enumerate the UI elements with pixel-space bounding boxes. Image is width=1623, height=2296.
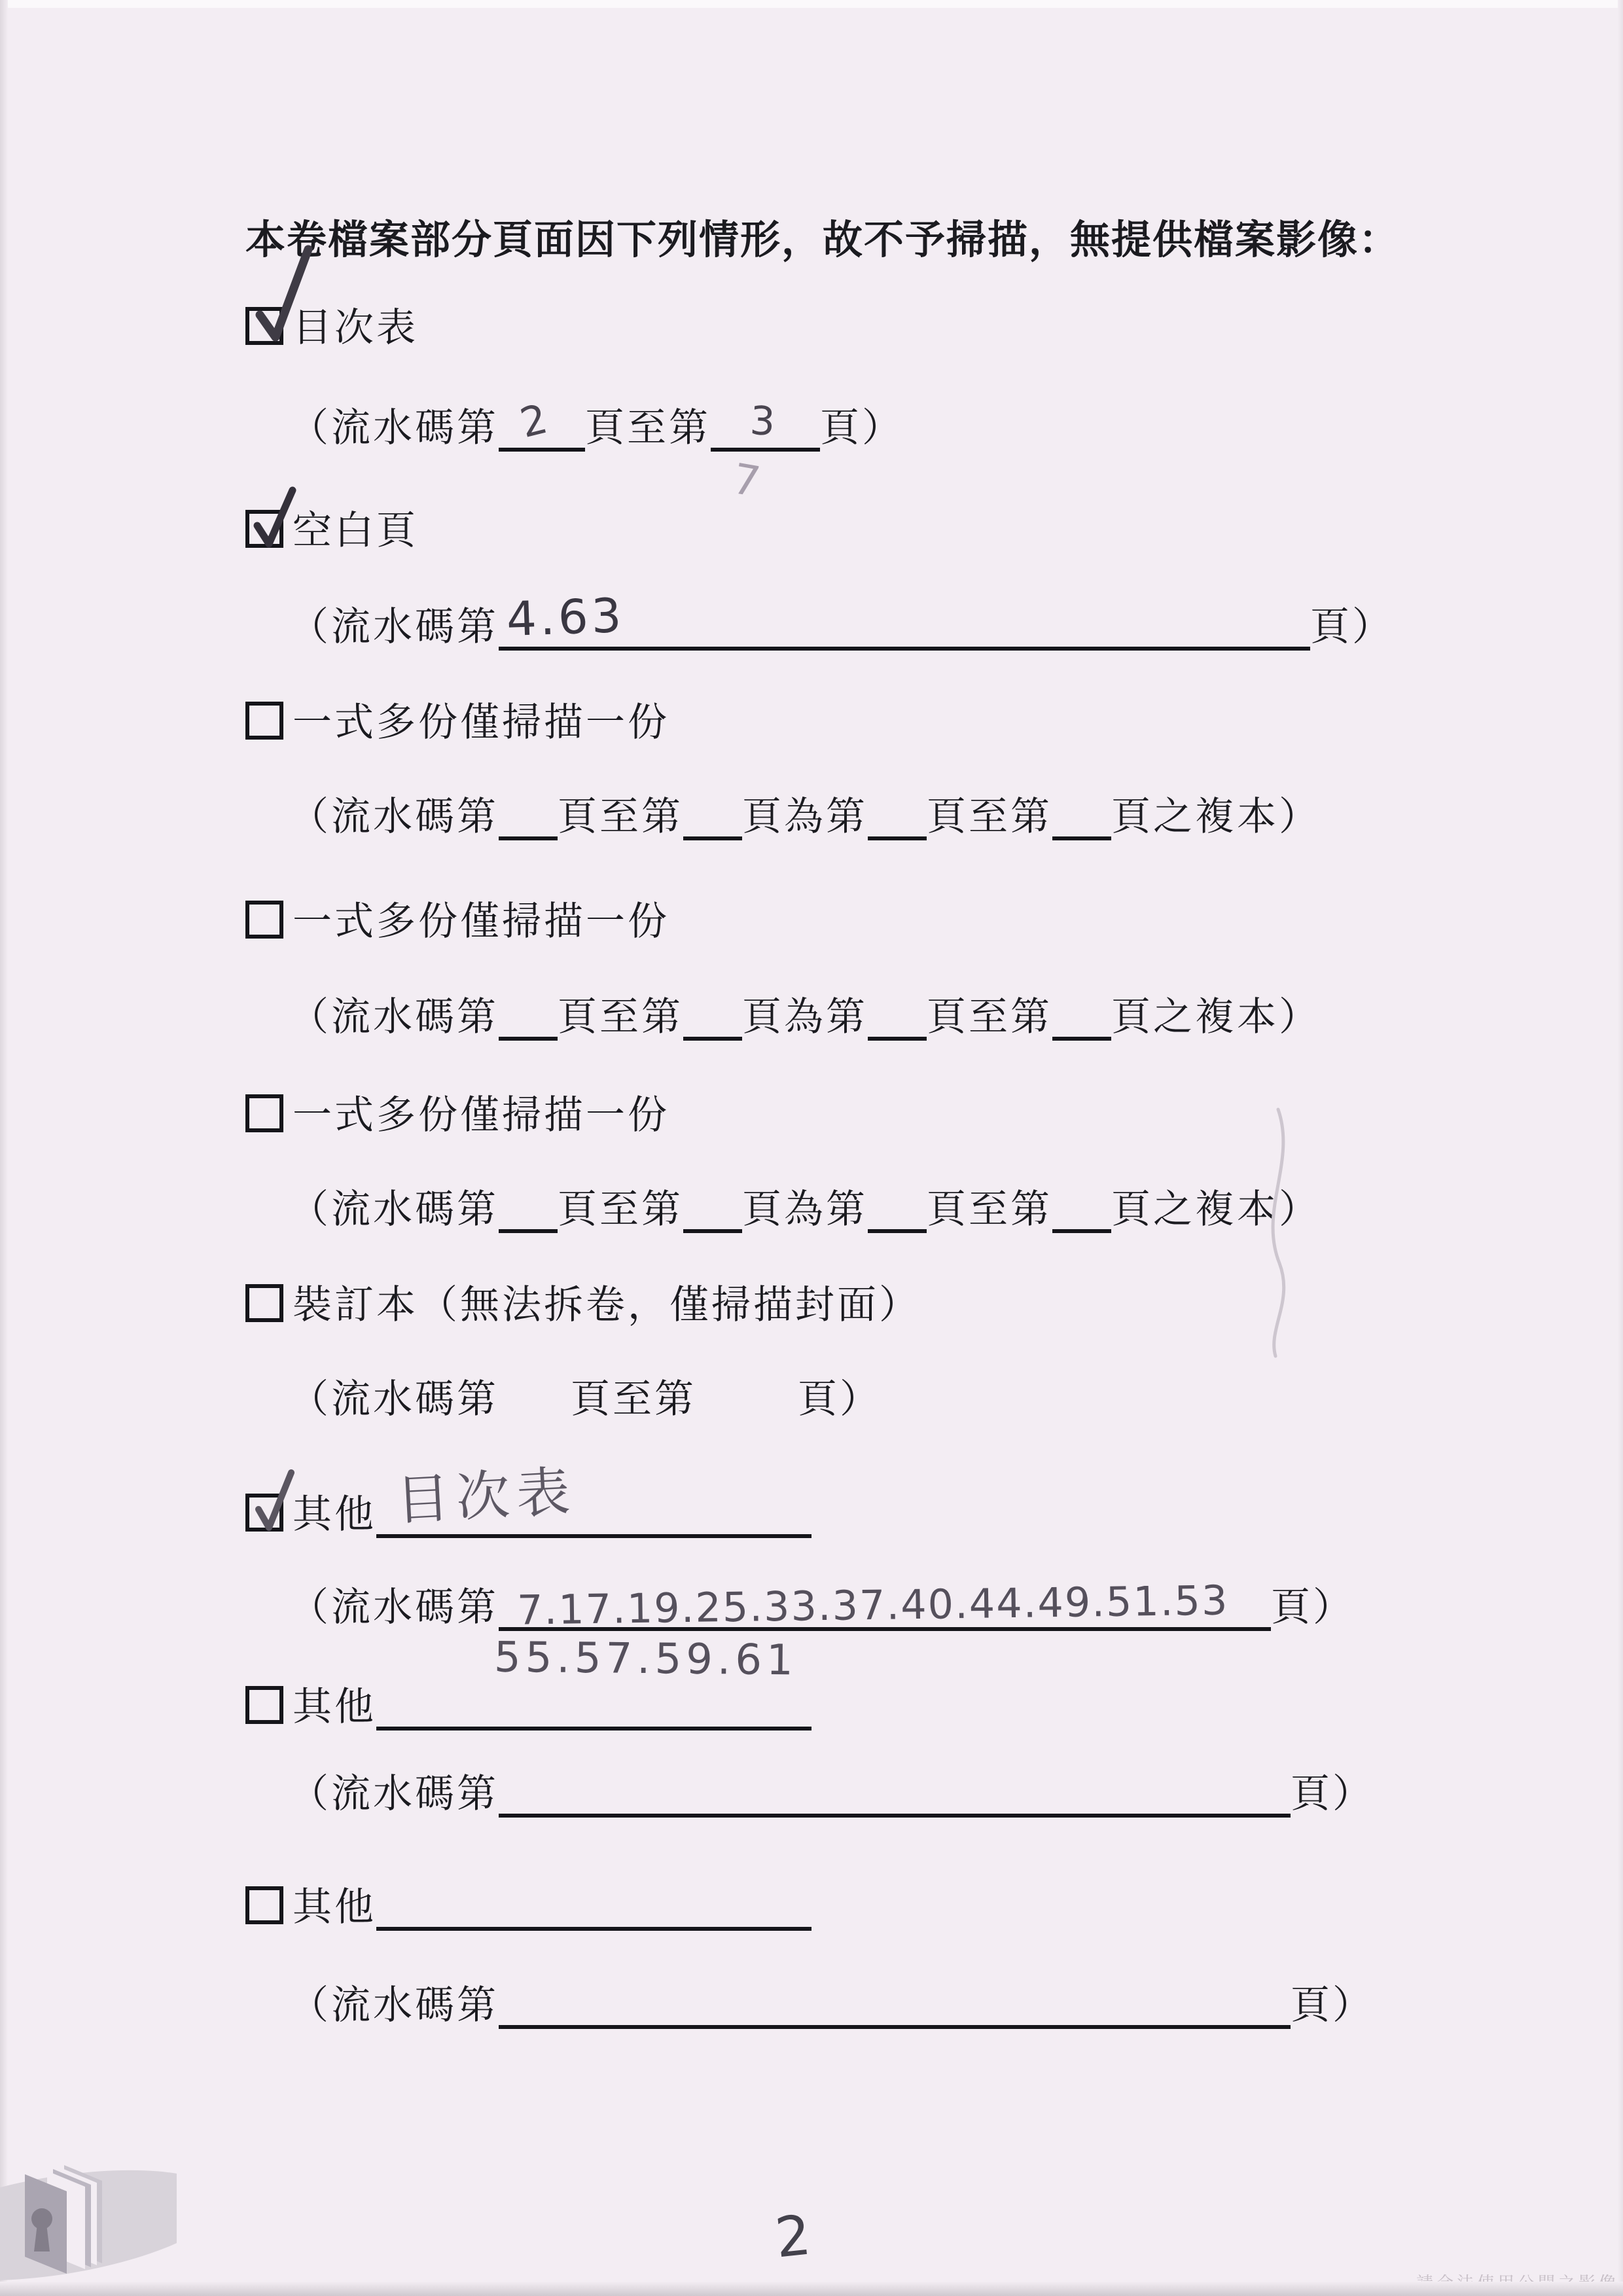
archives-books-keyhole-logo-icon (0, 2153, 177, 2284)
item-other3-serial: （流水碼第頁） (289, 1982, 1374, 2029)
serial-blank: 7.17.19.25.33.37.40.44.49.51.53 (499, 1592, 1271, 1631)
item-other2-serial: （流水碼第頁） (289, 1770, 1374, 1818)
serial-mid: 頁至第 (927, 994, 1052, 1040)
item-label: 一式多份僅掃描一份 (293, 899, 669, 944)
checkbox-blank-page (245, 510, 283, 548)
serial-prefix: （流水碼第 (289, 405, 499, 451)
checkbox-duplicate2 (245, 901, 283, 939)
stray-pencil-mark: 7 (729, 455, 764, 507)
serial-space (499, 1406, 571, 1412)
item-duplicate1-row: 一式多份僅掃描一份 (245, 699, 669, 746)
item-label: 一式多份僅掃描一份 (293, 700, 669, 745)
scan-edge-top (0, 0, 1623, 8)
handwritten-other-text: 目次表 (395, 1460, 579, 1534)
serial-blank (683, 1001, 742, 1041)
serial-suffix: 頁之複本） (1111, 794, 1321, 840)
serial-suffix: 頁） (1271, 1585, 1355, 1630)
item-blankpage-serial: （流水碼第4.63頁） (289, 603, 1394, 651)
serial-prefix: （流水碼第 (289, 794, 499, 840)
serial-mid: 頁至第 (558, 794, 683, 840)
serial-suffix: 頁） (798, 1376, 882, 1422)
serial-blank (1052, 1194, 1111, 1233)
checkbox-other1 (245, 1494, 283, 1532)
item-duplicate2-row: 一式多份僅掃描一份 (245, 898, 669, 945)
item-other3-row: 其他 (245, 1884, 811, 1931)
scanned-form-page: 本卷檔案部分頁面因下列情形，故不予掃描，無提供檔案影像： 目次表 （流水碼第2頁… (0, 0, 1623, 2296)
other-text-blank: 目次表 (376, 1499, 811, 1538)
serial-suffix: 頁） (820, 405, 904, 451)
check-mark-icon (240, 238, 325, 355)
serial-blank (683, 801, 742, 840)
item-toc-row: 目次表 (245, 304, 418, 351)
serial-mid: 頁至第 (571, 1376, 696, 1422)
checkbox-toc (245, 307, 283, 345)
item-bound-serial: （流水碼第頁至第頁） (289, 1376, 882, 1423)
serial-prefix: （流水碼第 (289, 1585, 499, 1630)
serial-blank-to: 3 (711, 412, 820, 452)
serial-suffix: 頁） (1291, 1982, 1374, 2028)
serial-mid: 頁至第 (585, 405, 711, 451)
item-other1-serial: （流水碼第7.17.19.25.33.37.40.44.49.51.53頁） (289, 1584, 1355, 1631)
checkbox-duplicate3 (245, 1094, 283, 1132)
item-label: 其他 (293, 1884, 376, 1930)
item-label: 一式多份僅掃描一份 (293, 1092, 669, 1138)
serial-blank (868, 1001, 927, 1041)
serial-suffix: 頁） (1291, 1771, 1374, 1817)
handwritten-pages: 4.63 (506, 586, 626, 647)
form-title: 本卷檔案部分頁面因下列情形，故不予掃描，無提供檔案影像： (245, 216, 1400, 264)
serial-blank (499, 1778, 1291, 1818)
scan-edge-bottom (0, 2282, 1623, 2296)
serial-blank (868, 1194, 927, 1233)
handwritten-page-number: 2 (772, 2202, 813, 2270)
item-toc-serial: （流水碼第2頁至第3頁） (289, 404, 904, 452)
checkbox-other2 (245, 1686, 283, 1724)
item-blankpage-row: 空白頁 (245, 507, 418, 554)
other-text-blank (376, 1892, 811, 1931)
item-other1-row: 其他目次表 (245, 1491, 811, 1538)
item-bound-row: 裝訂本（無法拆卷，僅掃描封面） (245, 1282, 921, 1329)
serial-suffix: 頁） (1310, 604, 1394, 650)
serial-prefix: （流水碼第 (289, 1771, 499, 1817)
serial-suffix: 頁之複本） (1111, 994, 1321, 1040)
serial-mid: 頁為第 (742, 1187, 868, 1232)
serial-blank (683, 1194, 742, 1233)
stray-pencil-squiggle (1253, 1106, 1306, 1361)
item-label: 裝訂本（無法拆卷，僅掃描封面） (293, 1282, 921, 1328)
handwritten-page-to: 3 (749, 397, 779, 446)
serial-blank: 4.63 (499, 611, 1310, 651)
scan-edge-left (0, 0, 8, 2296)
item-label: 其他 (293, 1684, 376, 1730)
item-duplicate1-serial: （流水碼第頁至第頁為第頁至第頁之複本） (289, 793, 1321, 840)
scan-edge-right (1618, 0, 1623, 2296)
checkbox-other3 (245, 1886, 283, 1924)
serial-blank (1052, 801, 1111, 840)
item-other2-row: 其他 (245, 1683, 811, 1731)
serial-blank (499, 1990, 1291, 2029)
serial-prefix: （流水碼第 (289, 604, 499, 650)
serial-mid: 頁為第 (742, 794, 868, 840)
other-text-blank (376, 1691, 811, 1731)
serial-prefix: （流水碼第 (289, 994, 499, 1040)
serial-mid: 頁為第 (742, 994, 868, 1040)
serial-prefix: （流水碼第 (289, 1376, 499, 1422)
checkbox-bound-volume (245, 1284, 283, 1322)
item-label: 空白頁 (293, 508, 418, 554)
serial-prefix: （流水碼第 (289, 1187, 499, 1232)
serial-mid: 頁至第 (927, 1187, 1052, 1232)
check-mark-icon (244, 480, 306, 555)
item-duplicate3-row: 一式多份僅掃描一份 (245, 1092, 669, 1139)
serial-blank (499, 801, 558, 840)
handwritten-pages-continuation: 55.57.59.61 (494, 1634, 798, 1685)
serial-blank (499, 1001, 558, 1041)
serial-blank (868, 801, 927, 840)
serial-prefix: （流水碼第 (289, 1982, 499, 2028)
serial-mid: 頁至第 (927, 794, 1052, 840)
checkbox-duplicate1 (245, 702, 283, 740)
serial-space (696, 1406, 798, 1412)
serial-blank (499, 1194, 558, 1233)
serial-mid: 頁至第 (558, 1187, 683, 1232)
handwritten-pages: 7.17.19.25.33.37.40.44.49.51.53 (517, 1576, 1229, 1635)
item-duplicate3-serial: （流水碼第頁至第頁為第頁至第頁之複本） (289, 1186, 1321, 1233)
item-duplicate2-serial: （流水碼第頁至第頁為第頁至第頁之複本） (289, 994, 1321, 1041)
handwritten-page-from: 2 (516, 393, 555, 448)
serial-blank-from: 2 (499, 412, 585, 452)
serial-mid: 頁至第 (558, 994, 683, 1040)
check-mark-icon (244, 1461, 306, 1539)
serial-blank (1052, 1001, 1111, 1041)
